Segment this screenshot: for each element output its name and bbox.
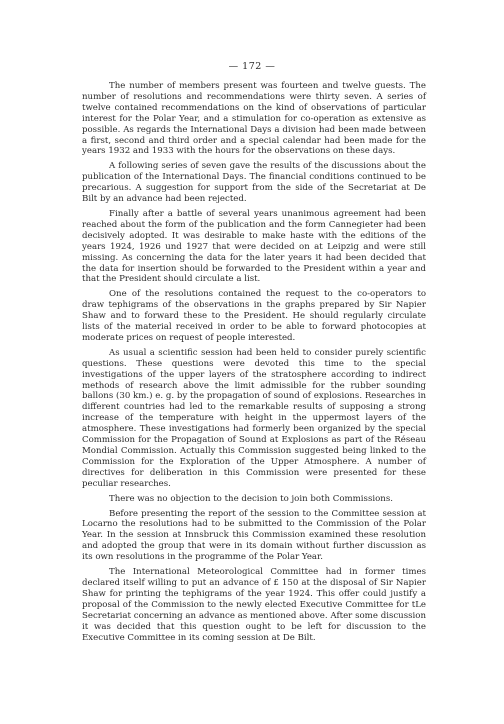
paragraph-tephigrams-request: One of the resolutions contained the req…: [82, 289, 426, 344]
document-body: The number of members present was fourte…: [82, 81, 426, 647]
paragraph-members-resolutions: The number of members present was fourte…: [82, 81, 426, 157]
paragraph-polar-year-commission: Before presenting the report of the sess…: [82, 509, 426, 564]
paragraph-international-days-publication: A following series of seven gave the res…: [82, 161, 426, 205]
paragraph-join-commissions: There was no objection to the decision t…: [82, 494, 426, 505]
page-number: — 172 —: [0, 61, 504, 72]
paragraph-scientific-session: As usual a scientific session had been h…: [82, 348, 426, 490]
paragraph-advance-proposal: The International Meteorological Committ…: [82, 567, 426, 643]
paragraph-publication-form: Finally after a battle of several years …: [82, 209, 426, 285]
